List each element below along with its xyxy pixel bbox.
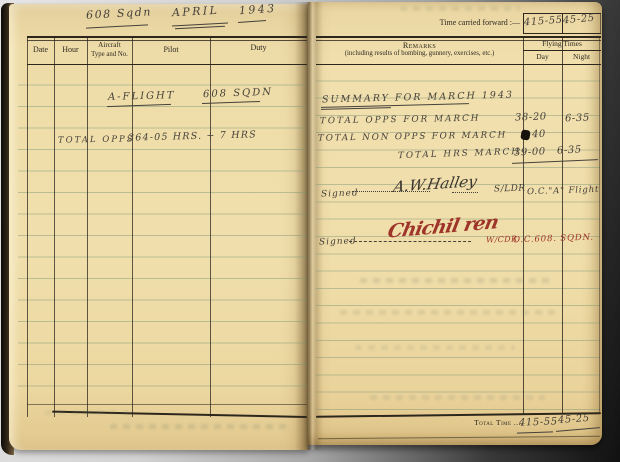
total-time-day: 415-55	[519, 417, 558, 428]
signed-label: Signed	[319, 237, 357, 247]
entry-flight: A-FLIGHT	[108, 91, 176, 103]
bleed-through-marks	[110, 424, 290, 429]
col-header-date: Date	[27, 46, 54, 55]
bleed-through-marks	[355, 345, 515, 350]
title-year: 1943	[239, 3, 277, 17]
remarks-header: Remarks	[316, 41, 523, 50]
summary-row-night: 6-35	[565, 114, 590, 125]
right-table-top-line	[316, 36, 601, 38]
summary-row-day: 40	[532, 130, 546, 140]
remarks-subheader: (including results of bombing, gunnery, …	[316, 50, 523, 57]
signed-dotted-line2	[452, 192, 478, 193]
left-col-line-a	[27, 36, 28, 417]
right-col-line-night	[562, 36, 563, 414]
col-header-hour: Hour	[54, 46, 87, 55]
summary-row-day: 39-00	[514, 147, 546, 158]
entry-total-label: TOTAL OPPS	[58, 135, 135, 145]
bleed-through-marks	[370, 395, 545, 400]
carried-forward-label: Time carried forward :—	[428, 19, 520, 28]
col-header-aircraft-line2: Type and No.	[87, 51, 132, 58]
left-last-row-line	[27, 404, 307, 405]
left-col-line-c	[87, 36, 88, 417]
night-header: Night	[562, 53, 601, 61]
flying-times-header: Flying Times	[523, 40, 601, 48]
logbook-scan: 608 Sqdn APRIL 1943 Date Hour Aircraft T…	[0, 0, 620, 462]
left-table-top-line2	[27, 40, 307, 41]
day-header: Day	[523, 53, 562, 61]
col-header-aircraft-line1: Aircraft	[87, 42, 132, 50]
bleed-through-marks	[340, 310, 560, 315]
title-squadron: 608 Sqdn	[86, 6, 152, 20]
ink-blot	[520, 129, 530, 140]
total-time-text: Total Time	[474, 418, 511, 427]
cf-box-bottom	[523, 33, 601, 34]
signature-rank: S/LDR	[494, 184, 526, 194]
left-col-line-b	[54, 36, 55, 417]
left-table-top-line	[27, 36, 307, 38]
signed-dashed-line	[349, 241, 471, 242]
bleed-through-marks	[45, 410, 135, 415]
bleed-through-marks	[360, 278, 550, 283]
right-col-line-edge	[599, 36, 600, 414]
col-header-duty: Duty	[210, 44, 307, 53]
summary-row-night: 6-35	[557, 145, 582, 156]
cf-box-right	[600, 13, 601, 33]
right-header-bottom-line	[316, 64, 601, 65]
summary-row-day: 38-20	[515, 112, 547, 123]
title-month: APRIL	[172, 5, 220, 18]
bleed-through-marks	[400, 6, 520, 11]
col-header-pilot: Pilot	[132, 46, 210, 55]
left-header-bottom-line	[27, 64, 307, 65]
total-time-label: Total Time ....	[474, 419, 523, 428]
right-col-line-day	[523, 36, 524, 414]
